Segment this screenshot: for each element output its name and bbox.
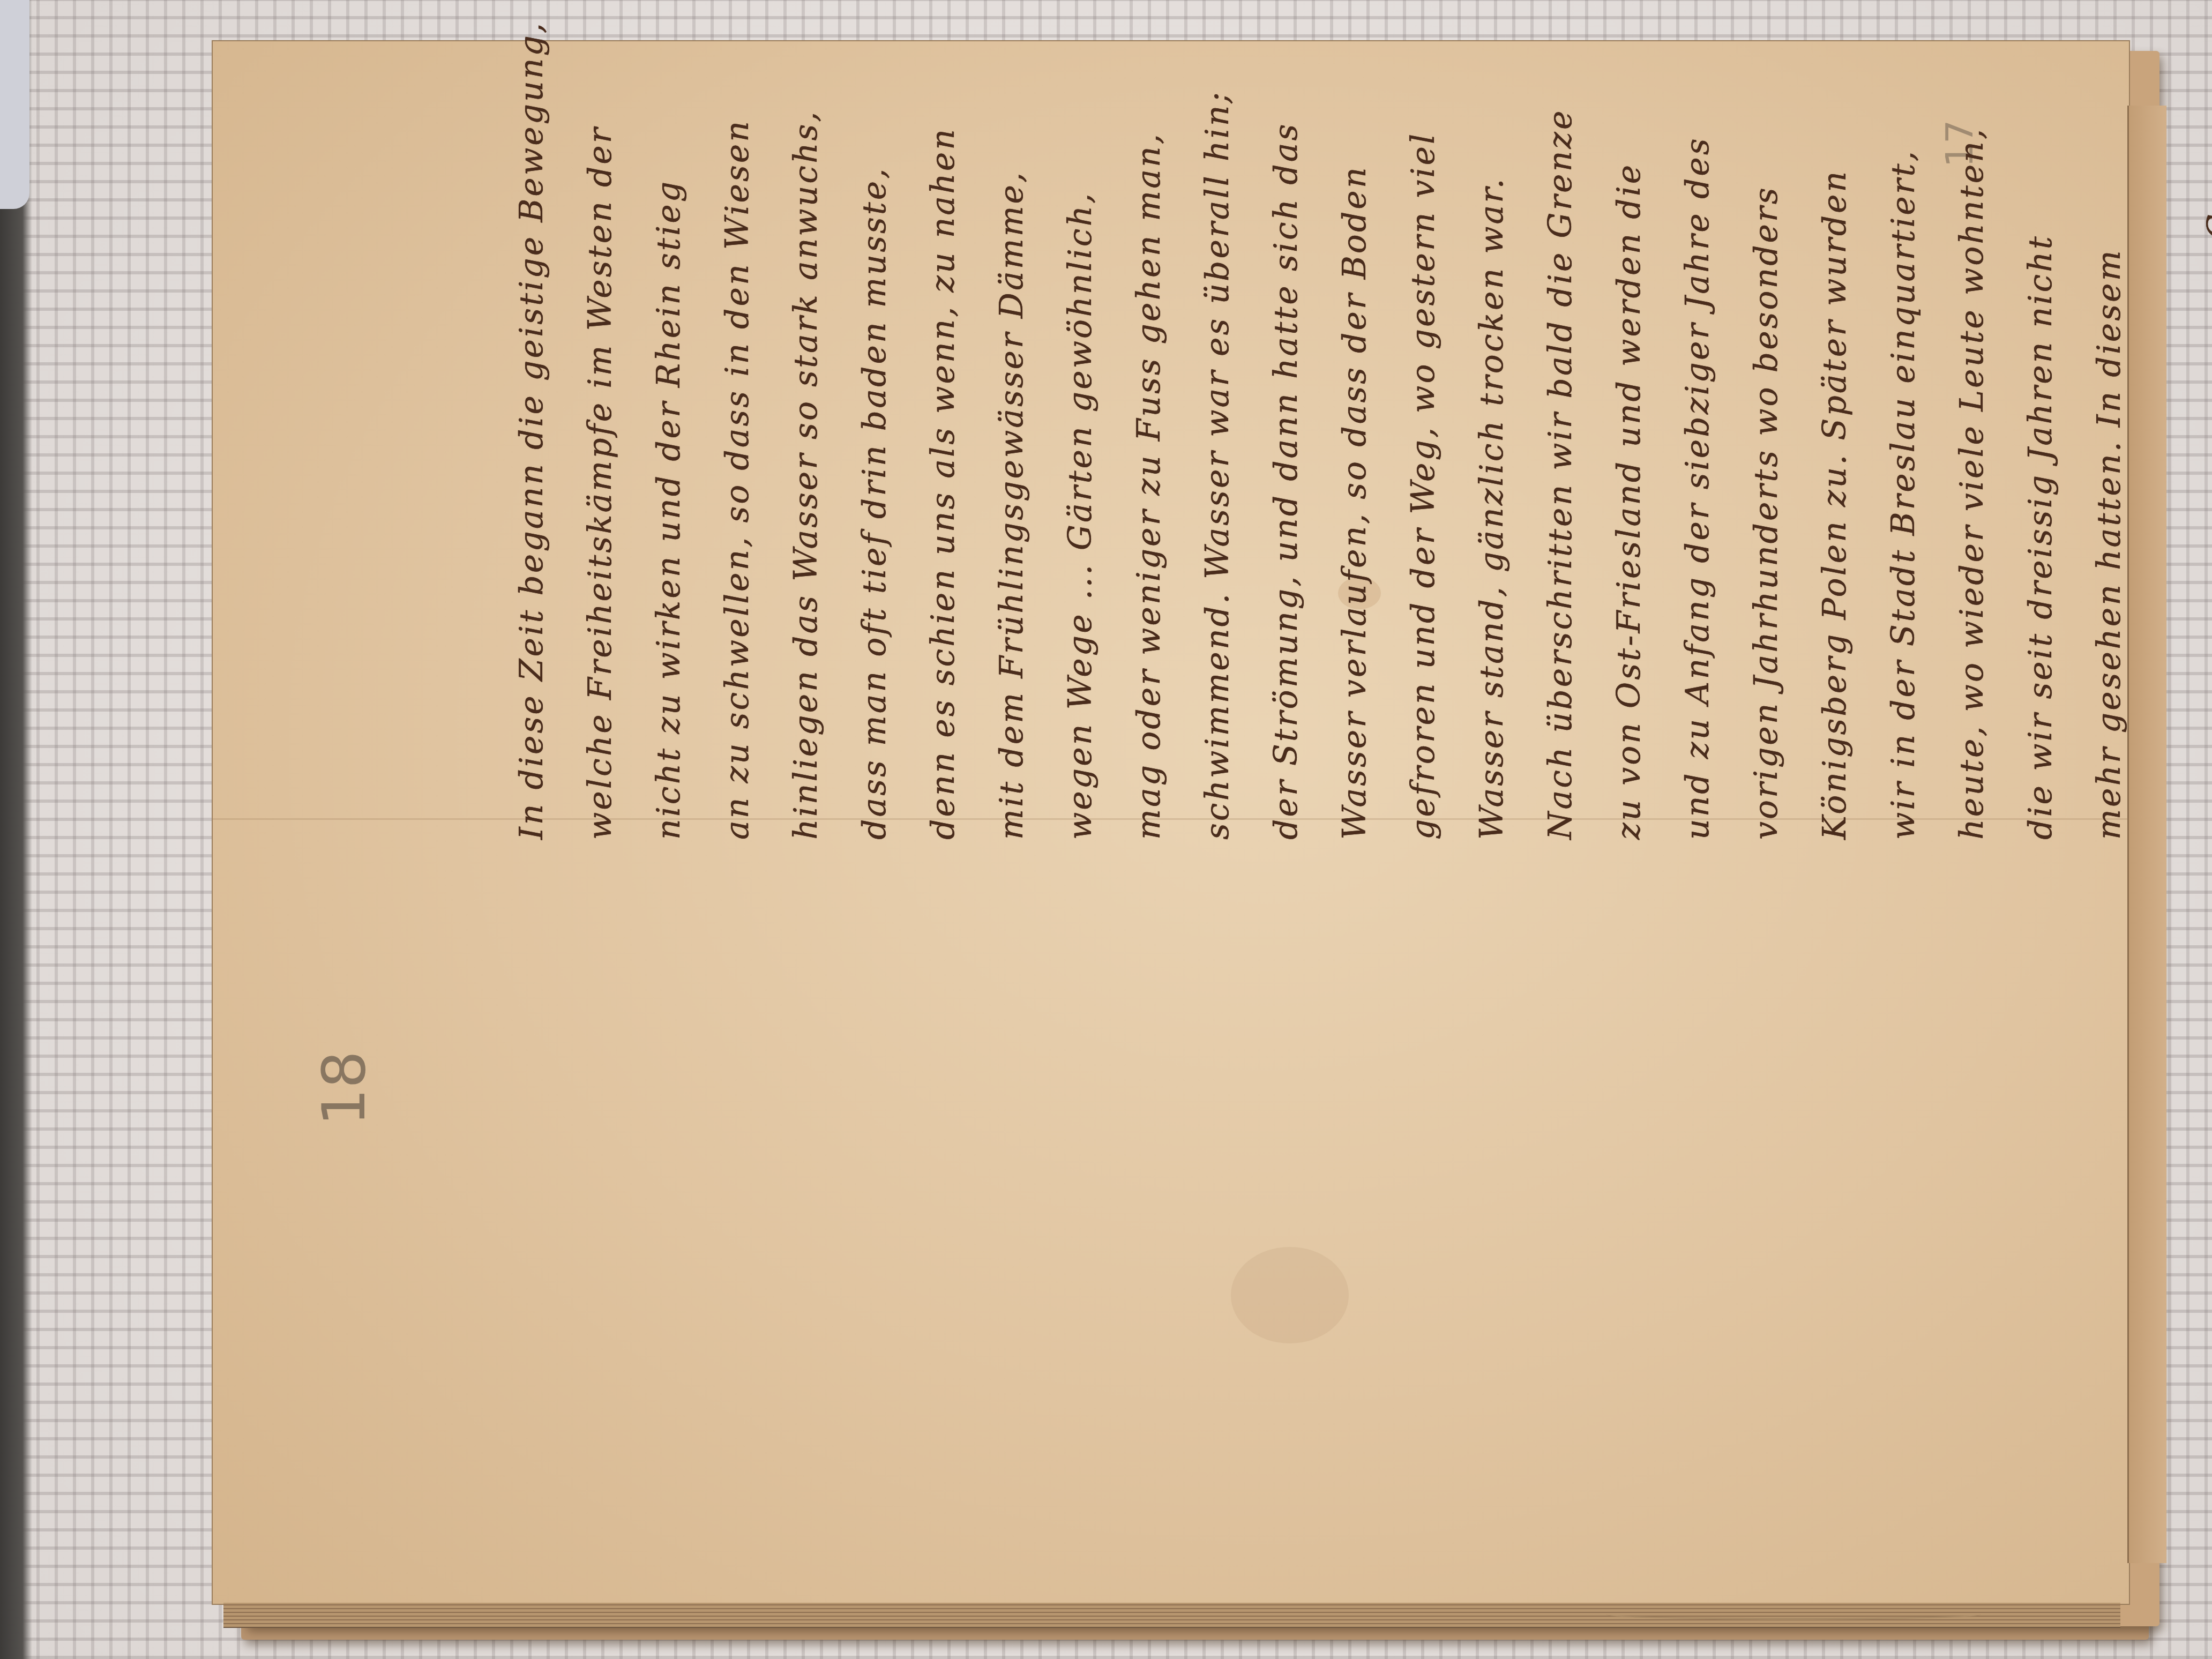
handwritten-line: zu von Ost-Friesland und werden die — [1610, 79, 1648, 840]
handwritten-line: wir in der Stadt Breslau einquartiert, — [1885, 79, 1922, 840]
handwritten-line: Wasser stand, gänzlich trocken war. — [1473, 79, 1511, 840]
handwritten-line: mehr gesehen hatten. In diesem — [2090, 79, 2128, 840]
handwritten-text-block: In diese Zeit begann die geistige Bewegu… — [513, 79, 2212, 840]
handwritten-line: Nach überschritten wir bald die Grenze — [1542, 79, 1579, 840]
handwritten-line: In diese Zeit begann die geistige Bewegu… — [513, 79, 550, 840]
handwritten-line: Wasser verlaufen, so dass der Boden — [1336, 79, 1373, 840]
handwritten-line: schwimmend. Wasser war es überall hin; — [1199, 79, 1236, 840]
manuscript-page: 18 17 In diese Zeit begann die geistige … — [212, 40, 2130, 1605]
handwritten-line: gefroren und der Weg, wo gestern viel — [1404, 79, 1442, 840]
handwritten-line: mit dem Frühlingsgewässer Dämme, — [993, 79, 1030, 840]
handwritten-line: heute, wo wieder viele Leute wohnten, — [1953, 79, 1991, 840]
handwritten-line: an zu schwellen, so dass in den Wiesen — [719, 79, 756, 840]
dark-background-edge — [0, 0, 32, 1659]
paper-label-scrap — [0, 0, 29, 209]
handwritten-line: mag oder weniger zu Fuss gehen man, — [1130, 79, 1168, 840]
binding-string — [1606, 1609, 1981, 1620]
handwritten-line: hinliegen das Wasser so stark anwuchs, — [787, 79, 825, 840]
handwritten-line: dass man oft tief drin baden musste, — [856, 79, 893, 840]
handwritten-line: der Strömung, und dann hatte sich das — [1267, 79, 1305, 840]
handwritten-line: vorigen Jahrhunderts wo besonders — [1747, 79, 1785, 840]
handwritten-line: Königsberg Polen zu. Später wurden — [1816, 79, 1854, 840]
handwritten-line: nicht zu wirken und der Rhein stieg — [650, 79, 687, 840]
handwritten-line: wegen Wege ... Gärten gewöhnlich, — [1062, 79, 1099, 840]
handwritten-line: denn es schien uns als wenn, zu nahen — [924, 79, 962, 840]
handwritten-line: welche Freiheitskämpfe im Westen der — [581, 79, 619, 840]
handwritten-line: und zu Anfang der siebziger Jahre des — [1679, 79, 1716, 840]
handwritten-line: die wir seit dreissig Jahren nicht — [2022, 79, 2059, 840]
catchword: Ge- — [2201, 79, 2212, 240]
photo-scene: 18 17 In diese Zeit begann die geistige … — [0, 0, 2212, 1659]
paper-smudge — [1231, 1247, 1349, 1343]
folio-number-lower-left: 18 — [310, 1051, 378, 1126]
